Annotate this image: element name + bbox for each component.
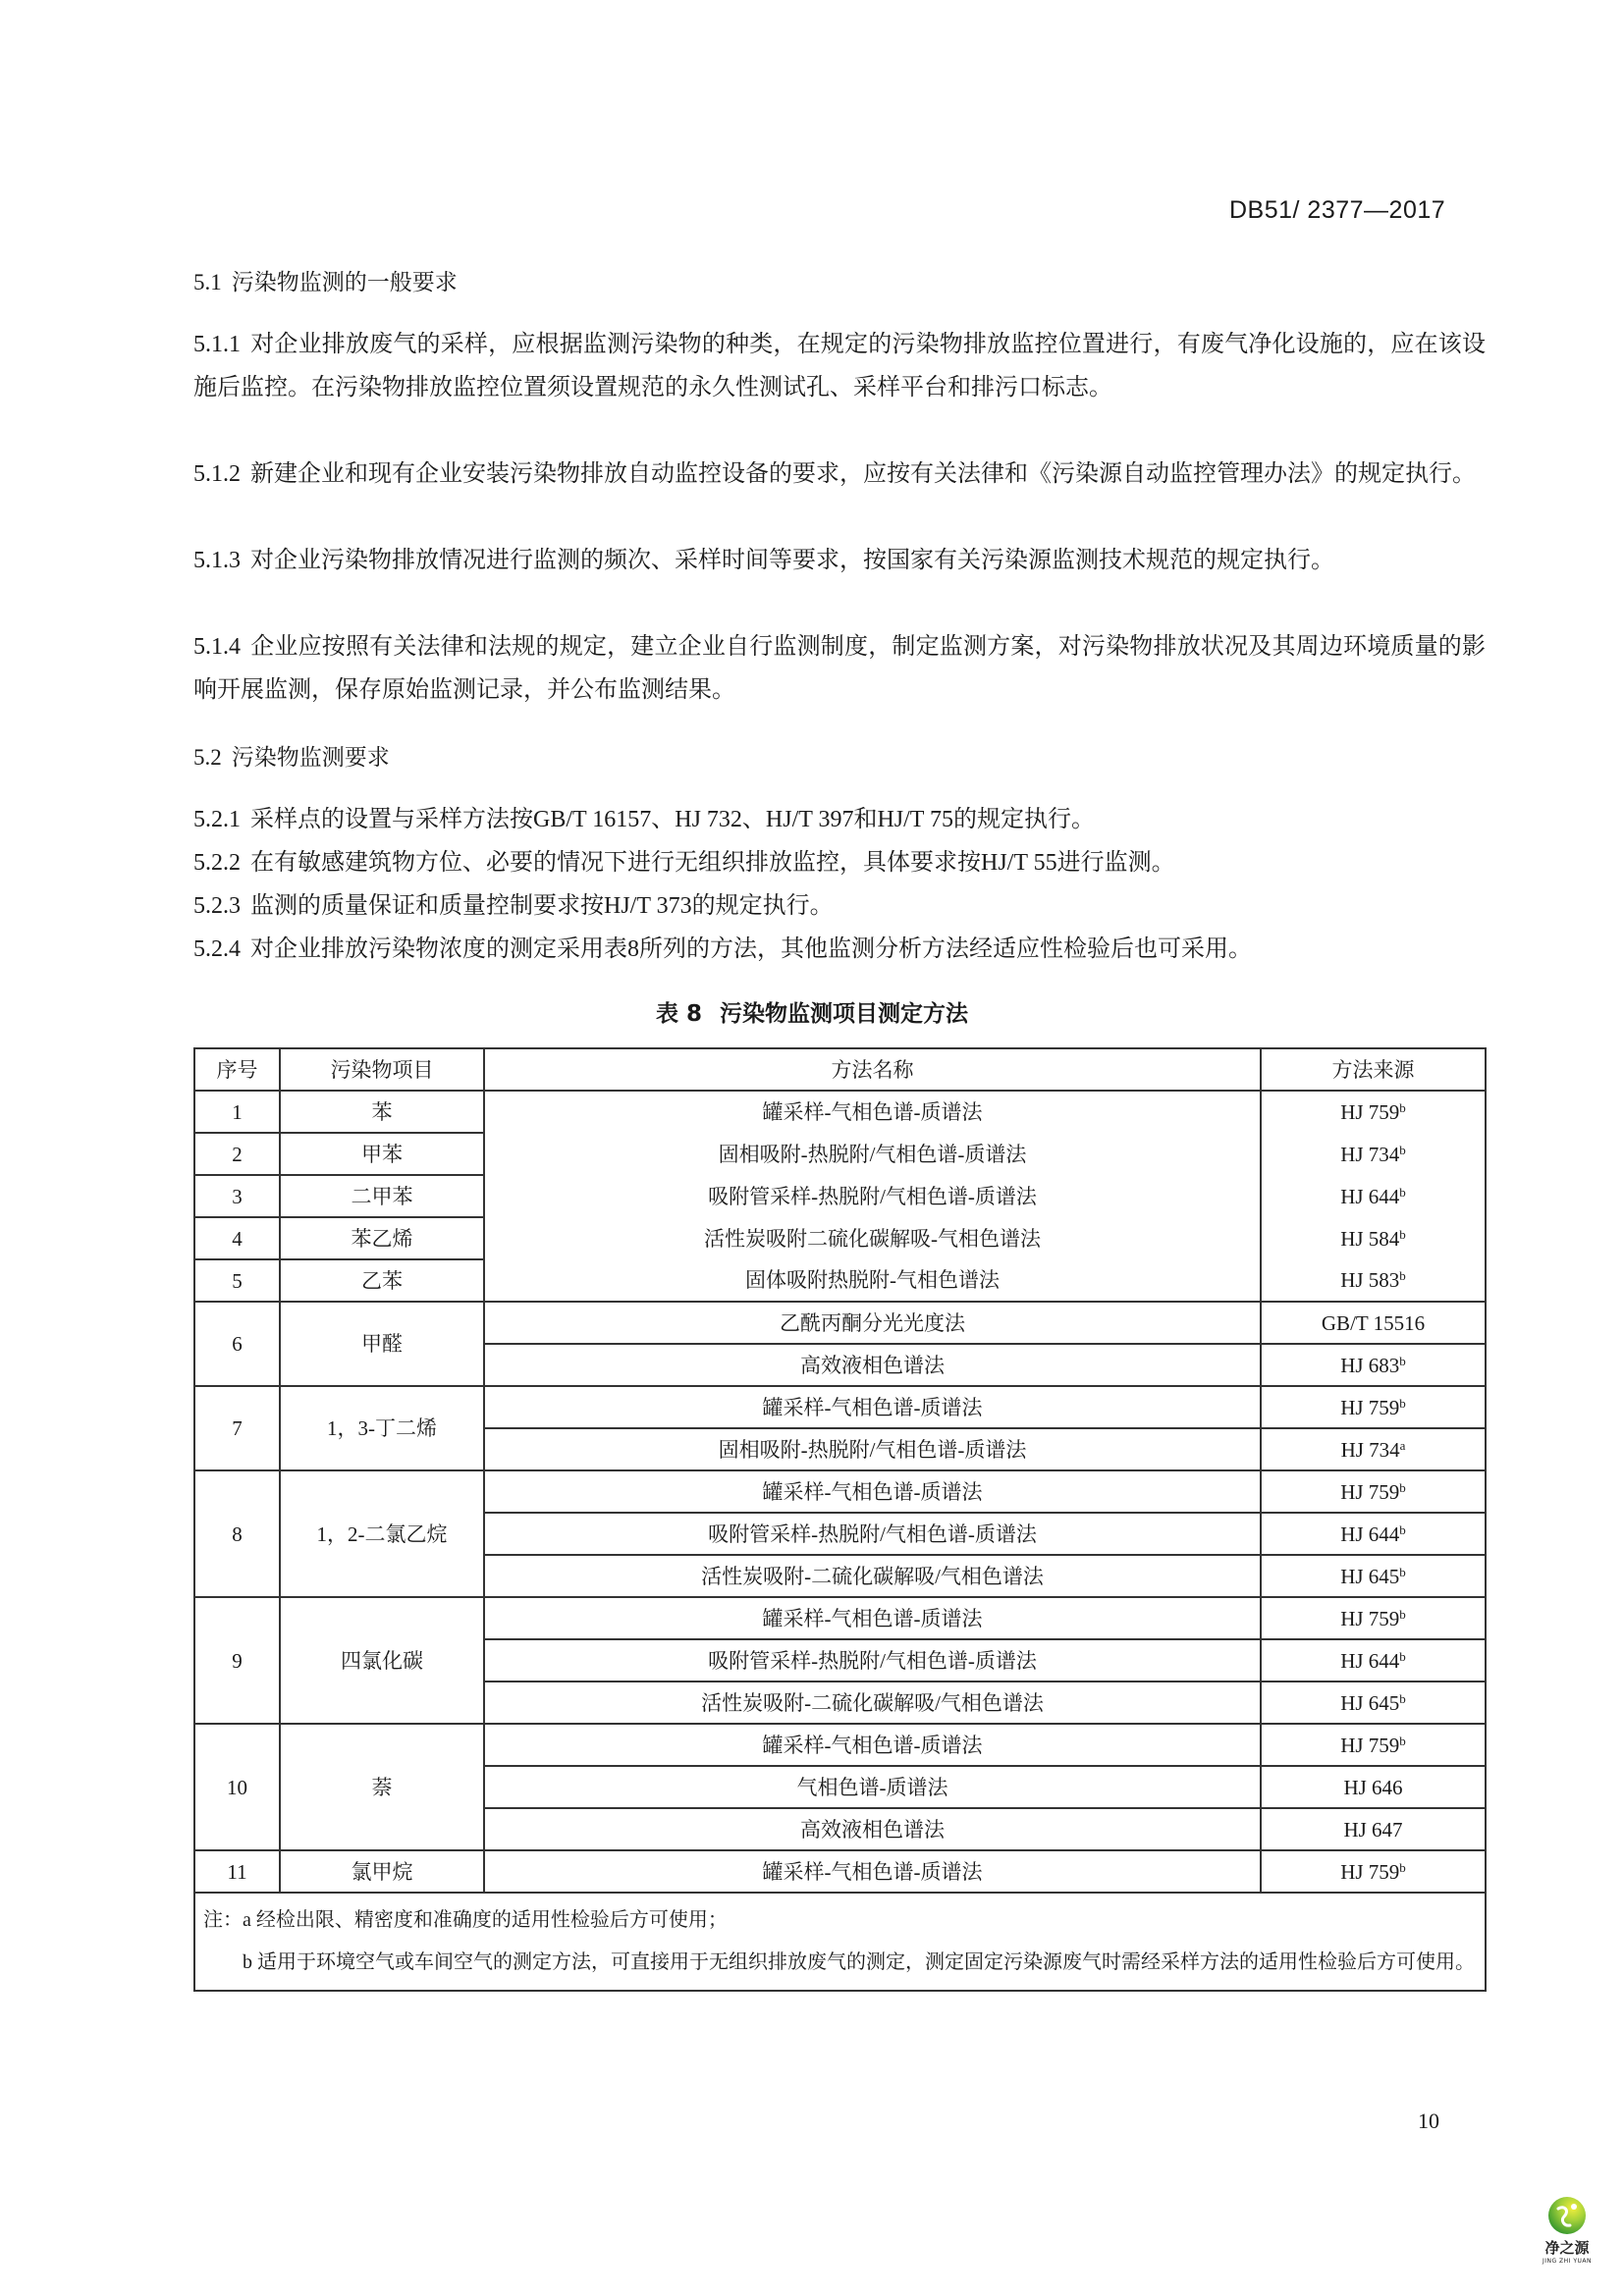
cell-pollutant: 1，3-丁二烯	[280, 1386, 484, 1470]
table-row: 8 1，2-二氯乙烷 罐采样-气相色谱-质谱法 HJ 759b	[194, 1470, 1486, 1513]
paragraph-number: 5.2.2	[193, 850, 241, 876]
cell-method-name: 固相吸附-热脱附/气相色谱-质谱法	[484, 1133, 1261, 1175]
section-heading-5-1: 5.1污染物监测的一般要求	[193, 264, 458, 296]
brand-logo: 净之源 JING ZHI YUAN	[1532, 2197, 1602, 2265]
cell-method-name: 活性炭吸附-二硫化碳解吸/气相色谱法	[484, 1555, 1261, 1597]
section-number: 5.2	[193, 745, 222, 770]
cell-method-source: HJ 644b	[1261, 1513, 1486, 1555]
cell-no: 8	[194, 1470, 280, 1597]
paragraph-number: 5.2.1	[193, 807, 241, 832]
paragraph-number: 5.1.3	[193, 548, 241, 573]
cell-method-name: 罐采样-气相色谱-质谱法	[484, 1470, 1261, 1513]
cell-method-source: HJ 645b	[1261, 1555, 1486, 1597]
table-row: 1 苯 罐采样-气相色谱-质谱法 HJ 759b	[194, 1091, 1486, 1133]
cell-pollutant: 乙苯	[280, 1259, 484, 1302]
paragraph-5-2-4: 5.2.4对企业排放污染物浓度的测定采用表8所列的方法，其他监测分析方法经适应性…	[193, 928, 1486, 971]
cell-no: 9	[194, 1597, 280, 1724]
table-row: 11 氯甲烷 罐采样-气相色谱-质谱法 HJ 759b	[194, 1850, 1486, 1893]
cell-method-source: HJ 759b	[1261, 1597, 1486, 1639]
cell-pollutant: 苯乙烯	[280, 1217, 484, 1259]
paragraph-text: 对企业排放废气的采样，应根据监测污染物的种类，在规定的污染物排放监控位置进行，有…	[193, 332, 1486, 400]
cell-method-source: HJ 646	[1261, 1766, 1486, 1808]
cell-no: 11	[194, 1850, 280, 1893]
cell-no: 3	[194, 1175, 280, 1217]
cell-method-source: HJ 734a	[1261, 1428, 1486, 1470]
paragraph-5-1-2: 5.1.2新建企业和现有企业安装污染物排放自动监控设备的要求，应按有关法律和《污…	[193, 453, 1486, 496]
cell-method-source: HJ 759b	[1261, 1470, 1486, 1513]
paragraph-5-1-1: 5.1.1对企业排放废气的采样，应根据监测污染物的种类，在规定的污染物排放监控位…	[193, 323, 1486, 409]
header-no: 序号	[194, 1048, 280, 1091]
section-number: 5.1	[193, 270, 222, 294]
cell-no: 6	[194, 1302, 280, 1386]
paragraph-text: 对企业污染物排放情况进行监测的频次、采样时间等要求，按国家有关污染源监测技术规范…	[250, 548, 1334, 573]
cell-no: 4	[194, 1217, 280, 1259]
table-row: 2 甲苯 固相吸附-热脱附/气相色谱-质谱法 HJ 734b	[194, 1133, 1486, 1175]
paragraph-number: 5.2.3	[193, 893, 241, 919]
cell-no: 7	[194, 1386, 280, 1470]
cell-method-name: 吸附管采样-热脱附/气相色谱-质谱法	[484, 1513, 1261, 1555]
cell-method-name: 罐采样-气相色谱-质谱法	[484, 1850, 1261, 1893]
cell-method-source: HJ 759b	[1261, 1386, 1486, 1428]
table-row: 5 乙苯 固体吸附热脱附-气相色谱法 HJ 583b	[194, 1259, 1486, 1302]
paragraph-text: 企业应按照有关法律和法规的规定，建立企业自行监测制度，制定监测方案，对污染物排放…	[193, 634, 1486, 703]
cell-method-name: 罐采样-气相色谱-质谱法	[484, 1091, 1261, 1133]
table-notes-row: 注：a 经检出限、精密度和准确度的适用性检验后方可使用； b 适用于环境空气或车…	[194, 1893, 1486, 1991]
paragraph-text: 监测的质量保证和质量控制要求按HJ/T 373的规定执行。	[250, 893, 834, 919]
paragraph-text: 新建企业和现有企业安装污染物排放自动监控设备的要求，应按有关法律和《污染源自动监…	[250, 461, 1476, 487]
cell-method-source: HJ 759b	[1261, 1724, 1486, 1766]
section-heading-5-2: 5.2污染物监测要求	[193, 739, 390, 772]
cell-method-name: 固体吸附热脱附-气相色谱法	[484, 1259, 1261, 1302]
table-row: 3 二甲苯 吸附管采样-热脱附/气相色谱-质谱法 HJ 644b	[194, 1175, 1486, 1217]
table-caption-title: 污染物监测项目测定方法	[720, 1001, 968, 1027]
cell-method-name: 吸附管采样-热脱附/气相色谱-质谱法	[484, 1175, 1261, 1217]
paragraph-5-1-4: 5.1.4企业应按照有关法律和法规的规定，建立企业自行监测制度，制定监测方案，对…	[193, 625, 1486, 712]
note-b: b 适用于环境空气或车间空气的测定方法，可直接用于无组织排放废气的测定，测定固定…	[203, 1942, 1479, 1984]
cell-no: 1	[194, 1091, 280, 1133]
cell-method-name: 乙酰丙酮分光光度法	[484, 1302, 1261, 1344]
cell-method-source: HJ 647	[1261, 1808, 1486, 1850]
cell-method-source: HJ 644b	[1261, 1639, 1486, 1682]
table-caption-label: 表 8	[656, 1001, 702, 1027]
cell-method-source: HJ 645b	[1261, 1682, 1486, 1724]
table-row: 9 四氯化碳 罐采样-气相色谱-质谱法 HJ 759b	[194, 1597, 1486, 1639]
cell-pollutant: 四氯化碳	[280, 1597, 484, 1724]
cell-pollutant: 苯	[280, 1091, 484, 1133]
table-notes: 注：a 经检出限、精密度和准确度的适用性检验后方可使用； b 适用于环境空气或车…	[194, 1893, 1486, 1991]
cell-method-name: 活性炭吸附二硫化碳解吸-气相色谱法	[484, 1217, 1261, 1259]
cell-no: 10	[194, 1724, 280, 1850]
table-row: 10 萘 罐采样-气相色谱-质谱法 HJ 759b	[194, 1724, 1486, 1766]
cell-pollutant: 氯甲烷	[280, 1850, 484, 1893]
table-row: 7 1，3-丁二烯 罐采样-气相色谱-质谱法 HJ 759b	[194, 1386, 1486, 1428]
cell-method-name: 罐采样-气相色谱-质谱法	[484, 1724, 1261, 1766]
paragraph-5-2-3: 5.2.3监测的质量保证和质量控制要求按HJ/T 373的规定执行。	[193, 884, 1486, 928]
cell-method-source: GB/T 15516	[1261, 1302, 1486, 1344]
paragraph-5-2-2: 5.2.2在有敏感建筑物方位、必要的情况下进行无组织排放监控，具体要求按HJ/T…	[193, 841, 1486, 884]
logo-text-cn: 净之源	[1532, 2237, 1602, 2258]
cell-method-source: HJ 759b	[1261, 1091, 1486, 1133]
cell-method-name: 罐采样-气相色谱-质谱法	[484, 1597, 1261, 1639]
cell-method-name: 活性炭吸附-二硫化碳解吸/气相色谱法	[484, 1682, 1261, 1724]
cell-no: 2	[194, 1133, 280, 1175]
paragraph-text: 在有敏感建筑物方位、必要的情况下进行无组织排放监控，具体要求按HJ/T 55进行…	[250, 850, 1175, 876]
table-caption: 表 8污染物监测项目测定方法	[0, 995, 1624, 1028]
document-number: DB51/ 2377—2017	[1229, 196, 1445, 225]
cell-method-source: HJ 734b	[1261, 1133, 1486, 1175]
monitoring-methods-table: 序号 污染物项目 方法名称 方法来源 1 苯 罐采样-气相色谱-质谱法 HJ 7…	[193, 1047, 1487, 1992]
cell-pollutant: 二甲苯	[280, 1175, 484, 1217]
cell-pollutant: 甲醛	[280, 1302, 484, 1386]
header-method-source: 方法来源	[1261, 1048, 1486, 1091]
paragraph-number: 5.2.4	[193, 936, 241, 962]
header-pollutant: 污染物项目	[280, 1048, 484, 1091]
logo-text-en: JING ZHI YUAN	[1532, 2258, 1602, 2265]
cell-method-name: 气相色谱-质谱法	[484, 1766, 1261, 1808]
paragraph-text: 采样点的设置与采样方法按GB/T 16157、HJ 732、HJ/T 397和H…	[250, 807, 1095, 832]
cell-method-name: 罐采样-气相色谱-质谱法	[484, 1386, 1261, 1428]
table-header-row: 序号 污染物项目 方法名称 方法来源	[194, 1048, 1486, 1091]
section-title: 污染物监测要求	[232, 745, 390, 771]
page-number: 10	[1418, 2109, 1439, 2134]
paragraph-5-2-1: 5.2.1采样点的设置与采样方法按GB/T 16157、HJ 732、HJ/T …	[193, 798, 1486, 841]
cell-pollutant: 甲苯	[280, 1133, 484, 1175]
cell-method-name: 高效液相色谱法	[484, 1808, 1261, 1850]
cell-method-name: 高效液相色谱法	[484, 1344, 1261, 1386]
cell-method-source: HJ 683b	[1261, 1344, 1486, 1386]
cell-pollutant: 萘	[280, 1724, 484, 1850]
cell-method-source: HJ 583b	[1261, 1259, 1486, 1302]
leaf-logo-icon	[1548, 2197, 1586, 2234]
section-title: 污染物监测的一般要求	[232, 270, 458, 295]
cell-method-name: 吸附管采样-热脱附/气相色谱-质谱法	[484, 1639, 1261, 1682]
paragraph-text: 对企业排放污染物浓度的测定采用表8所列的方法，其他监测分析方法经适应性检验后也可…	[250, 936, 1252, 962]
paragraph-number: 5.1.4	[193, 634, 241, 660]
paragraph-number: 5.1.1	[193, 332, 241, 357]
table-row: 6 甲醛 乙酰丙酮分光光度法 GB/T 15516	[194, 1302, 1486, 1344]
cell-method-source: HJ 644b	[1261, 1175, 1486, 1217]
cell-no: 5	[194, 1259, 280, 1302]
header-method-name: 方法名称	[484, 1048, 1261, 1091]
paragraph-5-1-3: 5.1.3对企业污染物排放情况进行监测的频次、采样时间等要求，按国家有关污染源监…	[193, 539, 1486, 582]
table-row: 4 苯乙烯 活性炭吸附二硫化碳解吸-气相色谱法 HJ 584b	[194, 1217, 1486, 1259]
paragraph-number: 5.1.2	[193, 461, 241, 487]
cell-pollutant: 1，2-二氯乙烷	[280, 1470, 484, 1597]
cell-method-source: HJ 584b	[1261, 1217, 1486, 1259]
note-a: 注：a 经检出限、精密度和准确度的适用性检验后方可使用；	[203, 1899, 1479, 1942]
cell-method-source: HJ 759b	[1261, 1850, 1486, 1893]
cell-method-name: 固相吸附-热脱附/气相色谱-质谱法	[484, 1428, 1261, 1470]
